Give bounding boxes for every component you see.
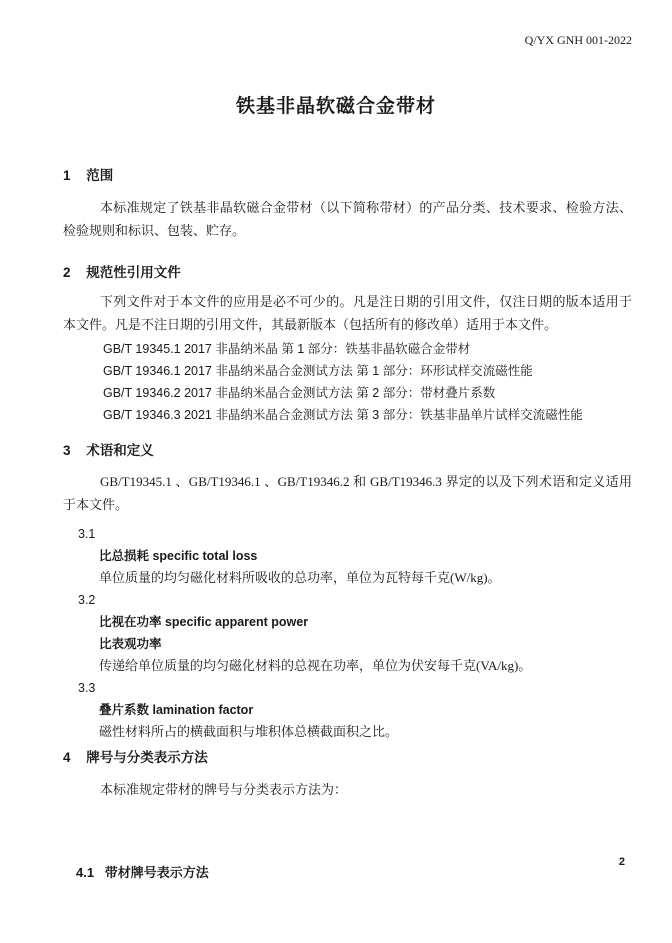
term-number: 3.2 (63, 589, 632, 611)
section-2-number: 2 (63, 265, 71, 281)
normative-references-list: GB/T 19345.1 2017 非晶纳米晶 第 1 部分：铁基非晶软磁合金带… (63, 338, 632, 426)
section-2-paragraph: 下列文件对于本文件的应用是必不可少的。凡是注日期的引用文件，仅注日期的版本适用于… (63, 290, 632, 336)
section-4-number: 4 (63, 750, 71, 766)
term-name: 比总损耗 specific total loss (63, 545, 632, 567)
document-header: Q/YX GNH 001-2022 (0, 0, 672, 48)
section-3-number: 3 (63, 443, 71, 459)
document-title: 铁基非晶软磁合金带材 (0, 95, 672, 119)
reference-item: GB/T 19345.1 2017 非晶纳米晶 第 1 部分：铁基非晶软磁合金带… (103, 338, 632, 360)
terms-and-definitions: 3.1 比总损耗 specific total loss 单位质量的均匀磁化材料… (63, 523, 632, 743)
doc-code: Q/YX GNH 001-2022 (525, 33, 632, 47)
section-3-title: 术语和定义 (86, 443, 154, 458)
subsection-4-1-title: 带材牌号表示方法 (105, 865, 209, 880)
section-4-heading: 4 牌号与分类表示方法 (63, 750, 632, 766)
section-4-paragraph: 本标准规定带材的牌号与分类表示方法为： (63, 778, 632, 801)
term-alt-name: 比表观功率 (63, 633, 632, 655)
term-definition: 单位质量的均匀磁化材料所吸收的总功率，单位为瓦特每千克(W/kg)。 (63, 567, 632, 589)
section-1-title: 范围 (86, 168, 113, 183)
section-1-number: 1 (63, 168, 71, 184)
section-2-heading: 2 规范性引用文件 (63, 265, 632, 281)
term-name: 比视在功率 specific apparent power (63, 611, 632, 633)
reference-item: GB/T 19346.2 2017 非晶纳米晶合金测试方法 第 2 部分：带材叠… (103, 382, 632, 404)
subsection-4-1-number: 4.1 (76, 865, 94, 881)
section-2-title: 规范性引用文件 (86, 265, 181, 280)
document-page: Q/YX GNH 001-2022 铁基非晶软磁合金带材 1 范围 本标准规定了… (0, 0, 672, 943)
page-number: 2 (619, 856, 625, 868)
reference-item: GB/T 19346.3 2021 非晶纳米晶合金测试方法 第 3 部分：铁基非… (103, 404, 632, 426)
document-body: 1 范围 本标准规定了铁基非晶软磁合金带材（以下简称带材）的产品分类、技术要求、… (0, 168, 672, 881)
section-3-heading: 3 术语和定义 (63, 443, 632, 459)
section-3-paragraph: GB/T19345.1 、GB/T19346.1 、GB/T19346.2 和 … (63, 470, 632, 516)
section-1-paragraph: 本标准规定了铁基非晶软磁合金带材（以下简称带材）的产品分类、技术要求、检验方法、… (63, 196, 632, 242)
term-definition: 磁性材料所占的横截面积与堆积体总横截面积之比。 (63, 721, 632, 743)
term-number: 3.1 (63, 523, 632, 545)
term-name: 叠片系数 lamination factor (63, 699, 632, 721)
section-4-title: 牌号与分类表示方法 (86, 750, 208, 765)
reference-item: GB/T 19346.1 2017 非晶纳米晶合金测试方法 第 1 部分：环形试… (103, 360, 632, 382)
subsection-4-1-heading: 4.1 带材牌号表示方法 (63, 865, 632, 881)
section-1-heading: 1 范围 (63, 168, 632, 184)
term-definition: 传递给单位质量的均匀磁化材料的总视在功率，单位为伏安每千克(VA/kg)。 (63, 655, 632, 677)
term-number: 3.3 (63, 677, 632, 699)
